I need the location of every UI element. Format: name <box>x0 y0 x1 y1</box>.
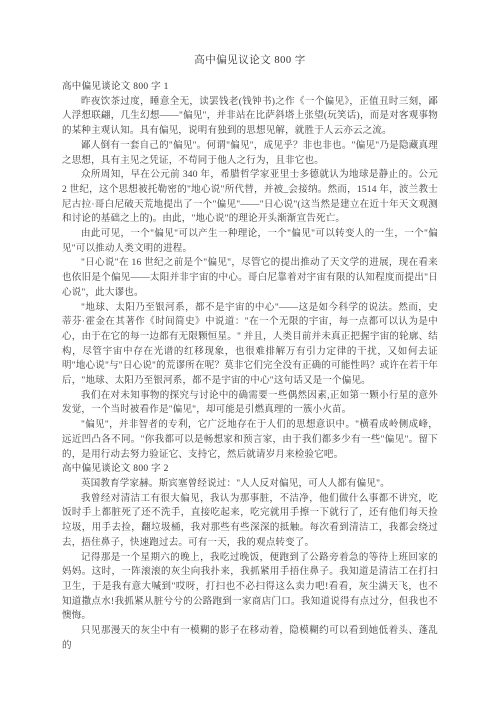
paragraph: "偏见"，并非智者的专利，它广泛地存在于人们的思想意识中。"横看成岭侧成峰，远近… <box>62 418 438 462</box>
essay-section-2: 高中偏见谈论文 800 字 2 英国教育学家赫。斯宾塞曾经说过："人人反对偏见，… <box>62 462 438 653</box>
paragraph: 只见那漫天的灰尘中有一模糊的影子在移动着，隐模糊约可以看到她低着头、蓬乱的 <box>62 624 438 653</box>
paragraph: 记得那是一个星期六的晚上，我吃过晚饭，便跑到了公路旁着急的等待上班回家的妈妈。这… <box>62 551 438 625</box>
essay-section-1: 高中偏见谈论文 800 字 1 昨夜饮茶过度，睡意全无，读罢钱老(钱钟书)之作《… <box>62 80 438 462</box>
paragraph: 我们在对未知事物的探究与讨论中的确需要一些偶然因素,正如第一颗小行星的意外发觉，… <box>62 389 438 418</box>
section-1-heading: 高中偏见谈论文 800 字 1 <box>62 80 438 95</box>
section-2-heading: 高中偏见谈论文 800 字 2 <box>62 462 438 477</box>
paragraph: 众所周知，早在公元前 340 年，希腊哲学家亚里士多德就认为地球是静止的。公元 … <box>62 168 438 227</box>
paragraph: 英国教育学家赫。斯宾塞曾经说过："人人反对偏见，可人人都有偏见"。 <box>62 477 438 492</box>
paragraph: 由此可见，一个"偏见"可以产生一种理论，一个"偏见"可以转变人的一生，一个"偏见… <box>62 227 438 256</box>
paragraph: 鄙人倒有一套自己的"偏见"。何谓"偏见"，成见乎？非也非也。"偏见"乃是隐藏真理… <box>62 139 438 168</box>
paragraph: 昨夜饮茶过度，睡意全无，读罢钱老(钱钟书)之作《一个偏见》，正值丑时三刻，鄙人浮… <box>62 95 438 139</box>
document-page: 高中偏见议论文 800 字 高中偏见谈论文 800 字 1 昨夜饮茶过度，睡意全… <box>0 0 500 707</box>
paragraph: 我曾经对清洁工有很大偏见，我认为那事脏，不洁净，他们做什么事都不讲究，吃饭时手上… <box>62 492 438 551</box>
paragraph: "地球、太阳乃至银河系，都不是宇宙的中心"——这是如今科学的说法。然而，史蒂芬·… <box>62 301 438 389</box>
paragraph: "日心说"在 16 世纪之前是个"偏见"，尽管它的提出推动了天文学的进展，现在看… <box>62 256 438 300</box>
essay-title: 高中偏见议论文 800 字 <box>62 54 438 68</box>
